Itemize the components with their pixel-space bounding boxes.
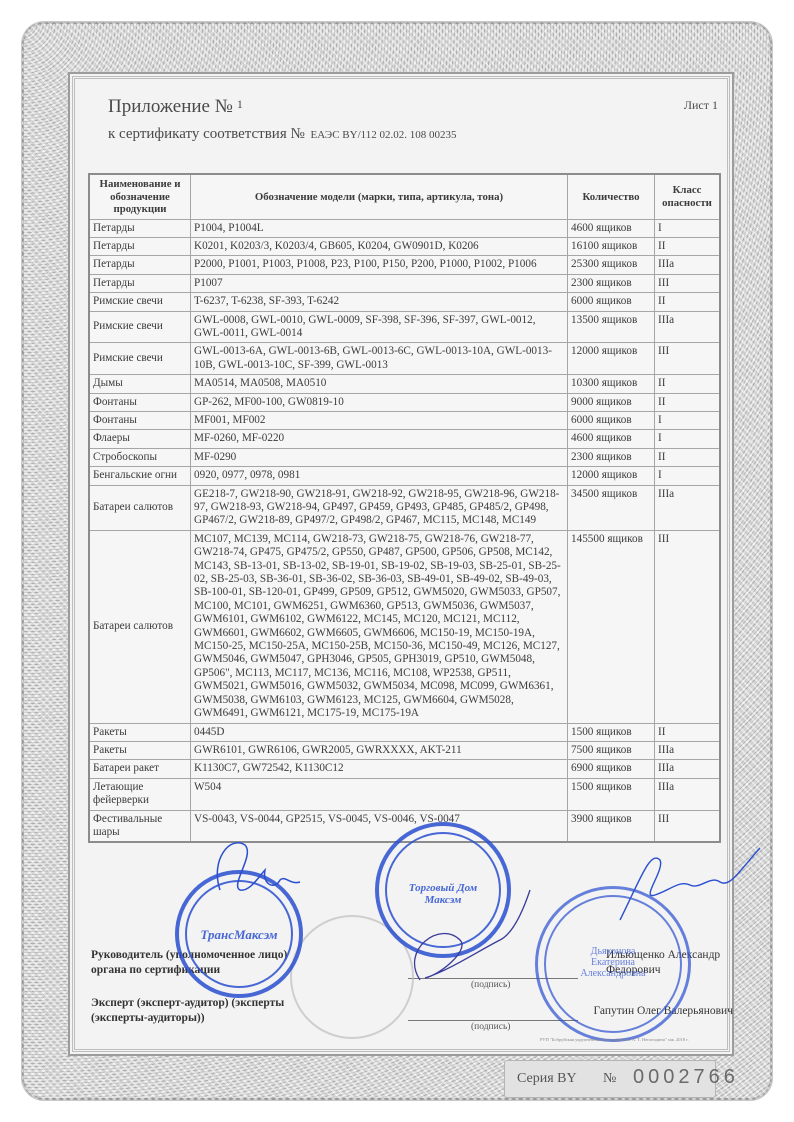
serial-number-sign: № — [603, 1071, 616, 1087]
table-row: Бенгальские огни0920, 0977, 0978, 098112… — [89, 467, 720, 485]
hazard-class-cell: I — [655, 219, 721, 237]
table-row: СтробоскопыMF-02902300 ящиковII — [89, 448, 720, 466]
product-name-cell: Дымы — [89, 375, 191, 393]
quantity-cell: 1500 ящиков — [568, 778, 655, 810]
hazard-class-cell: II — [655, 237, 721, 255]
table-row: Римские свечиT-6237, T-6238, SF-393, T-6… — [89, 293, 720, 311]
product-name-cell: Ракеты — [89, 741, 191, 759]
hazard-class-cell: I — [655, 411, 721, 429]
column-header-hazard-class: Класс опасности — [655, 174, 721, 219]
hazard-class-cell: II — [655, 448, 721, 466]
table-row: Римские свечиGWL-0013-6A, GWL-0013-6B, G… — [89, 343, 720, 375]
appendix-title-text: Приложение № — [108, 96, 233, 117]
certificate-reference-label: к сертификату соответствия № — [108, 126, 305, 142]
product-name-cell: Летающие фейерверки — [89, 778, 191, 810]
model-cell: P1004, P1004L — [191, 219, 568, 237]
table-row: Летающие фейерверкиW5041500 ящиковIIIa — [89, 778, 720, 810]
expert-signature-line — [408, 1020, 578, 1021]
table-row: ПетардыP1004, P1004L4600 ящиковI — [89, 219, 720, 237]
hazard-class-cell: II — [655, 723, 721, 741]
table-row: Ракеты0445D1500 ящиковII — [89, 723, 720, 741]
series-label: Серия BY — [517, 1071, 577, 1087]
hazard-class-cell: IIIa — [655, 778, 721, 810]
quantity-cell: 145500 ящиков — [568, 530, 655, 723]
table-row: ФонтаныGP-262, MF00-100, GW0819-109000 я… — [89, 393, 720, 411]
product-name-cell: Петарды — [89, 237, 191, 255]
expert-signature-caption: (подпись) — [471, 1022, 510, 1032]
stamp-transmaksem-text: ТрансМаксэм — [179, 927, 299, 943]
product-name-cell: Петарды — [89, 219, 191, 237]
table-row: ФлаерыMF-0260, MF-02204600 ящиковI — [89, 430, 720, 448]
hazard-class-cell: I — [655, 430, 721, 448]
product-name-cell: Батареи ракет — [89, 760, 191, 778]
expert-label: Эксперт (эксперт-аудитор) (эксперты (экс… — [91, 996, 301, 1026]
table-row: Римские свечиGWL-0008, GWL-0010, GWL-000… — [89, 311, 720, 343]
hazard-class-cell: IIIa — [655, 741, 721, 759]
table-row: Батареи ракетK1130C7, GW72542, K1130C126… — [89, 760, 720, 778]
table-row: РакетыGWR6101, GWR6106, GWR2005, GWRXXXX… — [89, 741, 720, 759]
hazard-class-cell: III — [655, 810, 721, 842]
quantity-cell: 10300 ящиков — [568, 375, 655, 393]
product-name-cell: Римские свечи — [89, 311, 191, 343]
serial-number: 0002766 — [633, 1066, 739, 1089]
quantity-cell: 1500 ящиков — [568, 723, 655, 741]
product-name-cell: Стробоскопы — [89, 448, 191, 466]
product-name-cell: Петарды — [89, 274, 191, 292]
table-row: ПетардыK0201, K0203/3, K0203/4, GB605, K… — [89, 237, 720, 255]
appendix-number: 1 — [237, 97, 243, 111]
hazard-class-cell: IIIa — [655, 311, 721, 343]
sheet-number: Лист 1 — [684, 98, 718, 113]
quantity-cell: 25300 ящиков — [568, 256, 655, 274]
quantity-cell: 6000 ящиков — [568, 293, 655, 311]
column-header-quantity: Количество — [568, 174, 655, 219]
model-cell: GWL-0008, GWL-0010, GWL-0009, SF-398, SF… — [191, 311, 568, 343]
quantity-cell: 4600 ящиков — [568, 430, 655, 448]
hazard-class-cell: I — [655, 467, 721, 485]
model-cell: MF-0260, MF-0220 — [191, 430, 568, 448]
quantity-cell: 6000 ящиков — [568, 411, 655, 429]
product-name-cell: Ракеты — [89, 723, 191, 741]
serial-box: Серия BY № 0002766 — [504, 1060, 716, 1098]
hazard-class-cell: IIIa — [655, 485, 721, 530]
printer-note: РУП "Бобруйская укрупнённая типография и… — [540, 1037, 689, 1042]
model-cell: GWL-0013-6A, GWL-0013-6B, GWL-0013-6C, G… — [191, 343, 568, 375]
product-name-cell: Римские свечи — [89, 293, 191, 311]
certificate-number: ЕАЭС BY/112 02.02. 108 00235 — [311, 129, 457, 141]
model-cell: K1130C7, GW72542, K1130C12 — [191, 760, 568, 778]
appendix-title: Приложение №1 — [108, 96, 243, 118]
hazard-class-cell: IIIa — [655, 760, 721, 778]
hazard-class-cell: III — [655, 343, 721, 375]
certificate-reference: к сертификату соответствия № ЕАЭС BY/112… — [108, 126, 456, 143]
model-cell: MF-0290 — [191, 448, 568, 466]
product-name-cell: Батареи салютов — [89, 530, 191, 723]
column-header-model: Обозначение модели (марки, типа, артикул… — [191, 174, 568, 219]
table-row: Батареи салютовGE218-7, GW218-90, GW218-… — [89, 485, 720, 530]
model-cell: P2000, P1001, P1003, P1008, P23, P100, P… — [191, 256, 568, 274]
quantity-cell: 9000 ящиков — [568, 393, 655, 411]
product-name-cell: Бенгальские огни — [89, 467, 191, 485]
product-name-cell: Римские свечи — [89, 343, 191, 375]
stamp-individual-entrepreneur-text: Дьяконова Екатерина Александровна — [538, 946, 688, 979]
hazard-class-cell: II — [655, 375, 721, 393]
product-name-cell: Петарды — [89, 256, 191, 274]
model-cell: GE218-7, GW218-90, GW218-91, GW218-92, G… — [191, 485, 568, 530]
quantity-cell: 16100 ящиков — [568, 237, 655, 255]
model-cell: MC107, MC139, MC114, GW218-73, GW218-75,… — [191, 530, 568, 723]
model-cell: K0201, K0203/3, K0203/4, GB605, K0204, G… — [191, 237, 568, 255]
column-header-name: Наименование и обозначение продукции — [89, 174, 191, 219]
table-row: ДымыMA0514, MA0508, MA051010300 ящиковII — [89, 375, 720, 393]
hazard-class-cell: III — [655, 530, 721, 723]
product-name-cell: Флаеры — [89, 430, 191, 448]
hazard-class-cell: IIIa — [655, 256, 721, 274]
model-cell: GWR6101, GWR6106, GWR2005, GWRXXXX, AKT-… — [191, 741, 568, 759]
product-name-cell: Батареи салютов — [89, 485, 191, 530]
quantity-cell: 6900 ящиков — [568, 760, 655, 778]
quantity-cell: 12000 ящиков — [568, 343, 655, 375]
hazard-class-cell: II — [655, 293, 721, 311]
signature-scribble-left — [200, 830, 310, 910]
quantity-cell: 7500 ящиков — [568, 741, 655, 759]
quantity-cell: 2300 ящиков — [568, 448, 655, 466]
product-name-cell: Фонтаны — [89, 411, 191, 429]
products-table: Наименование и обозначение продукции Обо… — [88, 173, 721, 843]
model-cell: T-6237, T-6238, SF-393, T-6242 — [191, 293, 568, 311]
model-cell: GP-262, MF00-100, GW0819-10 — [191, 393, 568, 411]
hazard-class-cell: III — [655, 274, 721, 292]
table-row: ПетардыP2000, P1001, P1003, P1008, P23, … — [89, 256, 720, 274]
table-row: Батареи салютовMC107, MC139, MC114, GW21… — [89, 530, 720, 723]
model-cell: 0445D — [191, 723, 568, 741]
quantity-cell: 34500 ящиков — [568, 485, 655, 530]
model-cell: P1007 — [191, 274, 568, 292]
quantity-cell: 2300 ящиков — [568, 274, 655, 292]
table-row: ФонтаныMF001, MF0026000 ящиковI — [89, 411, 720, 429]
hazard-class-cell: II — [655, 393, 721, 411]
model-cell: 0920, 0977, 0978, 0981 — [191, 467, 568, 485]
table-row: ПетардыP10072300 ящиковIII — [89, 274, 720, 292]
model-cell: MF001, MF002 — [191, 411, 568, 429]
quantity-cell: 12000 ящиков — [568, 467, 655, 485]
table-header-row: Наименование и обозначение продукции Обо… — [89, 174, 720, 219]
product-name-cell: Фонтаны — [89, 393, 191, 411]
model-cell: MA0514, MA0508, MA0510 — [191, 375, 568, 393]
product-name-cell: Фестивальные шары — [89, 810, 191, 842]
signature-scribble-middle — [400, 880, 540, 990]
quantity-cell: 13500 ящиков — [568, 311, 655, 343]
quantity-cell: 3900 ящиков — [568, 810, 655, 842]
signature-scribble-right — [610, 840, 770, 930]
quantity-cell: 4600 ящиков — [568, 219, 655, 237]
model-cell: W504 — [191, 778, 568, 810]
